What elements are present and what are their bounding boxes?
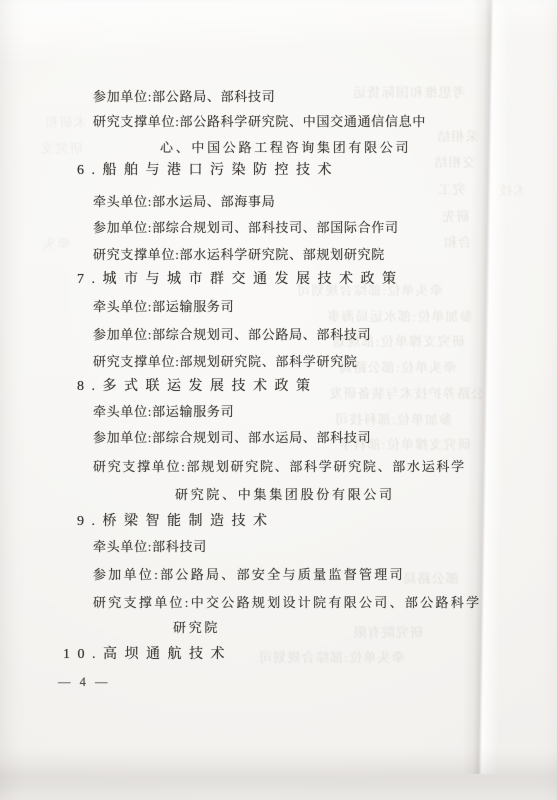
bleedthrough-text: 研究支 <box>40 138 83 157</box>
item7-participating-units: 参加单位:部综合规划司、部公路局、部科技司 <box>93 327 371 343</box>
item7-lead-units: 牵头单位:部运输服务司 <box>93 299 234 315</box>
item5-research-support-units-line2: 心、中国公路工程咨询集团有限公司 <box>160 140 411 156</box>
item9-lead-units: 牵头单位:部科技司 <box>93 539 207 555</box>
item7-research-support-units: 研究支撑单位:部规划研究院、部科学研究院 <box>93 354 358 370</box>
item8-participating-units: 参加单位:部综合规划司、部水运局、部科技司 <box>93 430 371 446</box>
item6-research-support-units: 研究支撑单位:部水运科学研究院、部规划研究院 <box>93 247 385 263</box>
bleedthrough-text: 研先 <box>441 206 469 225</box>
item5-research-support-units-line1: 研究支撑单位:部公路科学研究院、中国交通通信信息中 <box>93 114 426 130</box>
item6-lead-units: 牵头单位:部水运局、部海事局 <box>93 194 275 210</box>
page-number: — 4 — <box>58 674 111 690</box>
bleedthrough-text: 究工 <box>437 179 465 198</box>
bleedthrough-text: 公路养护技术与装备研发 <box>328 383 484 402</box>
item9-research-support-units-line2: 研究院 <box>173 620 220 636</box>
bleedthrough-text: 交相结 <box>433 152 476 171</box>
bleedthrough-text: 牵头单位:部综合规划司 <box>258 647 405 666</box>
item6-participating-units: 参加单位:部综合规划司、部科技司、部国际合作司 <box>93 220 399 236</box>
item8-heading: 8.多式联运发展技术政策 <box>77 379 318 395</box>
bleedthrough-text: 考思维和国际货运 <box>352 82 466 101</box>
bleedthrough-text: 部公路局 <box>402 568 459 587</box>
bleedthrough-text: 牵头 <box>42 233 70 252</box>
bleedthrough-text: 合和 <box>443 232 471 251</box>
bleedthrough-text: 研究院有限 <box>352 622 423 641</box>
item7-heading: 7.城市与城市群交通发展技术政策 <box>77 272 404 288</box>
item8-research-support-units-line1: 研究支撑单位:部规划研究院、部科学研究院、部水运科学 <box>93 459 466 475</box>
paper-crease-line <box>462 0 510 774</box>
bleedthrough-text: 参加单位:部科技司 <box>334 409 452 428</box>
item9-heading: 9.桥梁智能制造技术 <box>77 514 275 530</box>
item6-heading: 6.船舶与港口污染防控技术 <box>77 163 339 179</box>
bleedthrough-text: 参加单位:部水运局海事 <box>326 306 473 325</box>
item9-research-support-units-line1: 研究支撑单位:中交公路规划设计院有限公司、部公路科学 <box>93 595 481 611</box>
bleedthrough-text: 术研和 <box>44 112 87 131</box>
bleedthrough-text: 采相结 <box>436 126 479 145</box>
item9-participating-units: 参加单位:部公路局、部安全与质量监督管理司 <box>93 567 405 583</box>
item10-heading: 10.高坝通航技术 <box>63 647 232 663</box>
item8-lead-units: 牵头单位:部运输服务司 <box>93 404 234 420</box>
scan-bottom-shadow <box>0 748 557 800</box>
item5-participating-units: 参加单位:部公路局、部科技司 <box>93 89 275 105</box>
scanned-document-page: 考思维和国际货运 采相结 交相结 究工 研先 合和 牵头单位:部综合规划司 参加… <box>0 0 557 800</box>
item8-research-support-units-line2: 研究院、中集集团股份有限公司 <box>175 487 395 503</box>
bleedthrough-text: 术技 <box>498 180 526 199</box>
scan-top-edge-highlight <box>0 0 557 68</box>
